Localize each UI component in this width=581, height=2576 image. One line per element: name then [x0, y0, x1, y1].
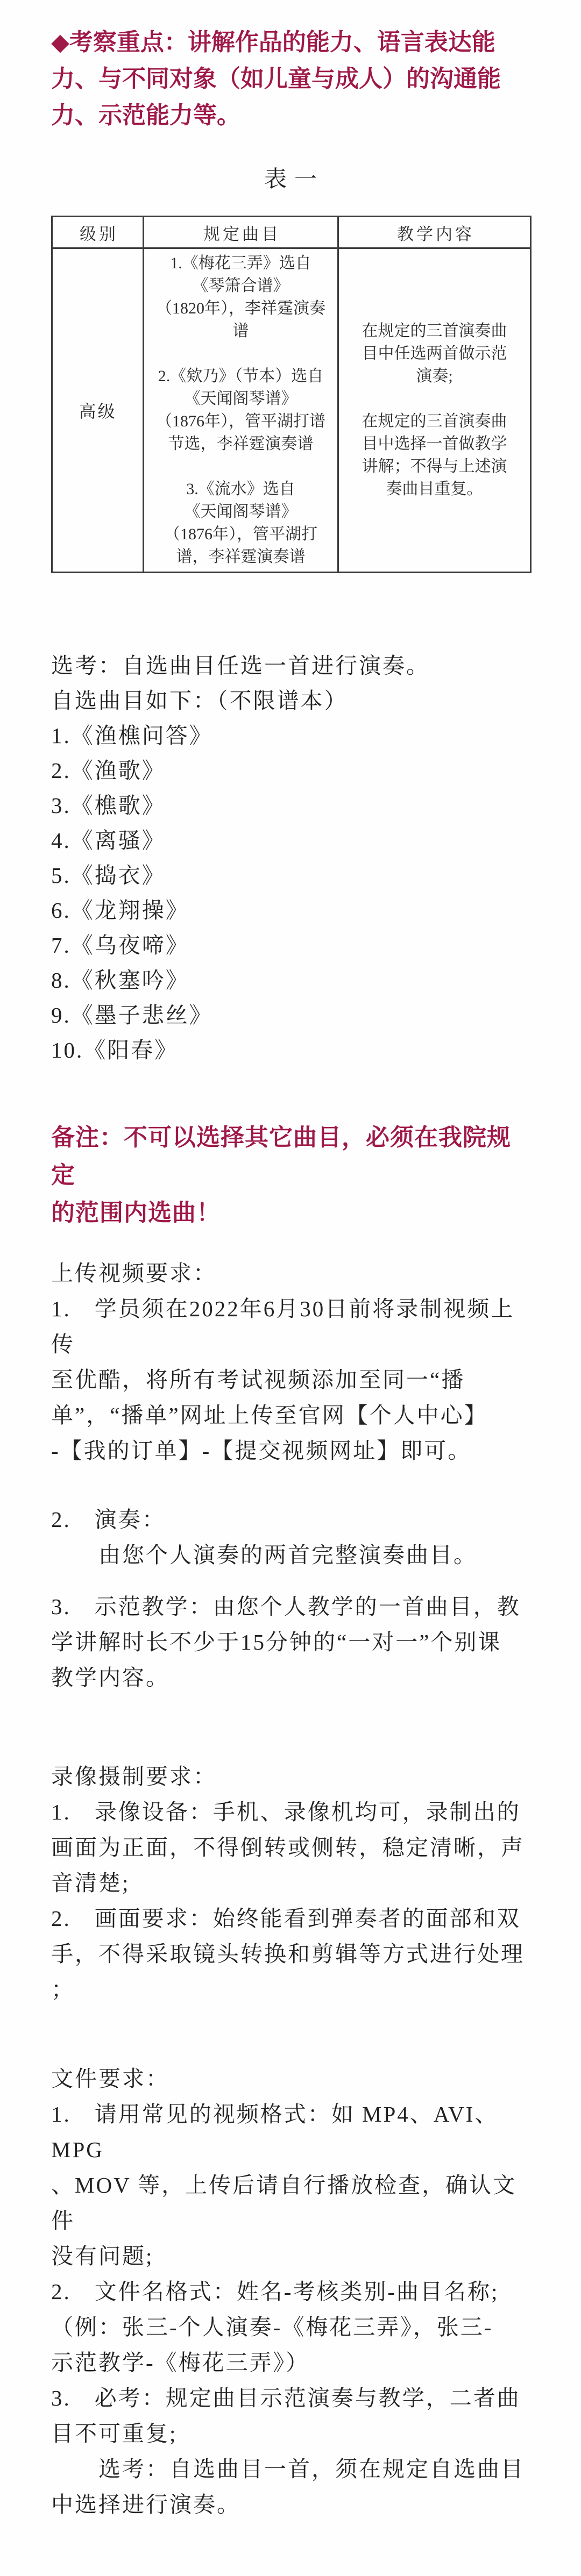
optional-piece-item: 8.《秋塞吟》 [51, 963, 530, 998]
upload-item-3-line: 3. 示范教学：由您个人教学的一首曲目，教 [51, 1589, 530, 1624]
upload-item-1-line: -【我的订单】-【提交视频网址】即可。 [51, 1433, 530, 1468]
optional-piece-item: 6.《龙翔操》 [51, 893, 530, 928]
upload-requirements-section: 上传视频要求： 1. 学员须在2022年6月30日前将录制视频上传至优酷，将所有… [51, 1255, 530, 1695]
level-cell: 高级 [52, 248, 144, 573]
teaching-content-line [339, 388, 530, 410]
teaching-content-line: 目中任选两首做示范 [339, 342, 530, 365]
exam-focus-line: ◆考察重点：讲解作品的能力、语言表达能 [51, 24, 530, 61]
required-piece-line: 《琴箫合谱》 [144, 275, 337, 297]
required-piece-line: 1.《梅花三弄》选自 [144, 252, 337, 275]
file-item-2-line: （例：张三-个人演奏-《梅花三弄》，张三- [51, 2309, 530, 2345]
upload-item-3: 3. 示范教学：由您个人教学的一首曲目，教学讲解时长不少于15分钟的“一对一”个… [51, 1589, 530, 1695]
teaching-content-line: 目中选择一首做教学 [339, 433, 530, 455]
file-item-2-line: 2. 文件名格式：姓名-考核类别-曲目名称; [51, 2274, 530, 2309]
exam-focus-line: 力、示范能力等。 [51, 97, 530, 134]
exam-focus-note: ◆考察重点：讲解作品的能力、语言表达能力、与不同对象（如儿童与成人）的沟通能力、… [51, 24, 530, 134]
file-item-3: 3. 必考：规定曲目示范演奏与教学，二者曲目不可重复; 选考：自选曲目一首，须在… [51, 2380, 530, 2522]
recording-requirements-section: 录像摄制要求： 1. 录像设备：手机、录像机均可，录制出的画面为正面，不得倒转或… [51, 1759, 530, 2007]
required-piece-line: 谱 [144, 320, 337, 342]
col-header-teaching-content: 教学内容 [338, 217, 531, 248]
remark-line: 备注：不可以选择其它曲目，必须在我院规定 [51, 1119, 530, 1194]
file-item-1: 1. 请用常见的视频格式：如 MP4、AVI、MPG、MOV 等，上传后请自行播… [51, 2096, 530, 2274]
upload-item-2: 2. 演奏： 由您个人演奏的两首完整演奏曲目。 [51, 1502, 530, 1573]
upload-item-2-line: 2. 演奏： [51, 1502, 530, 1537]
optional-piece-item: 5.《捣衣》 [51, 858, 530, 893]
teaching-content-line: 在规定的三首演奏曲 [339, 320, 530, 342]
recording-item-2-line: 手，不得采取镜头转换和剪辑等方式进行处理 [51, 1936, 530, 1972]
upload-requirements-title: 上传视频要求： [51, 1255, 530, 1291]
required-pieces-cell: 1.《梅花三弄》选自《琴箫合谱》（1820年），李祥霆演奏谱2.《欸乃》（节本）… [144, 248, 338, 573]
required-piece-line: （1876年），管平湖打谱 [144, 410, 337, 433]
table-title: 表一 [51, 167, 530, 192]
optional-piece-item: 7.《乌夜啼》 [51, 928, 530, 963]
teaching-content-line: 演奏; [339, 365, 530, 388]
optional-exam-intro-line: 自选曲目如下：（不限谱本） [51, 683, 530, 718]
table-header-row: 级别 规定曲目 教学内容 [52, 217, 531, 248]
remark-line: 的范围内选曲！ [51, 1194, 530, 1232]
upload-item-3-line: 教学内容。 [51, 1660, 530, 1695]
file-item-1-line: 1. 请用常见的视频格式：如 MP4、AVI、MPG [51, 2096, 530, 2167]
required-piece-line: 《天闻阁琴谱》 [144, 388, 337, 410]
optional-exam-intro: 选考：自选曲目任选一首进行演奏。自选曲目如下：（不限谱本） [51, 648, 530, 718]
recording-item-1-line: 画面为正面，不得倒转或侧转，稳定清晰，声 [51, 1830, 530, 1865]
recording-item-1-line: 1. 录像设备：手机、录像机均可，录制出的 [51, 1794, 530, 1830]
file-item-1-line: 、MOV 等，上传后请自行播放检查，确认文件 [51, 2167, 530, 2238]
required-piece-line: （1876年），管平湖打 [144, 523, 337, 546]
exam-notice-page: ◆考察重点：讲解作品的能力、语言表达能力、与不同对象（如儿童与成人）的沟通能力、… [0, 0, 581, 2576]
required-piece-line: （1820年），李祥霆演奏 [144, 297, 337, 320]
file-item-3-line: 中选择进行演奏。 [51, 2487, 530, 2522]
file-item-3-line: 目不可重复; [51, 2416, 530, 2451]
upload-item-1-line: 至优酷，将所有考试视频添加至同一“播 [51, 1362, 530, 1397]
required-piece-line: 3.《流水》选自 [144, 478, 337, 501]
upload-item-3-line: 学讲解时长不少于15分钟的“一对一”个别课 [51, 1624, 530, 1660]
upload-item-1-line: 单”，“播单”网址上传至官网【个人中心】 [51, 1397, 530, 1433]
required-pieces-lines: 1.《梅花三弄》选自《琴箫合谱》（1820年），李祥霆演奏谱2.《欸乃》（节本）… [144, 252, 337, 568]
teaching-content-line: 讲解；不得与上述演 [339, 455, 530, 478]
required-piece-line: 《天闻阁琴谱》 [144, 501, 337, 523]
teaching-content-lines: 在规定的三首演奏曲目中任选两首做示范演奏;在规定的三首演奏曲目中选择一首做教学讲… [339, 320, 530, 501]
required-piece-line: 2.《欸乃》（节本）选自 [144, 365, 337, 388]
recording-item-1-line: 音清楚; [51, 1865, 530, 1901]
required-piece-line [144, 342, 337, 365]
recording-requirements-title: 录像摄制要求： [51, 1759, 530, 1794]
file-item-1-line: 没有问题; [51, 2238, 530, 2274]
table-row: 高级 1.《梅花三弄》选自《琴箫合谱》（1820年），李祥霆演奏谱2.《欸乃》（… [52, 248, 531, 573]
recording-item-2-line: ； [51, 1972, 530, 2007]
optional-piece-item: 2.《渔歌》 [51, 753, 530, 788]
optional-piece-list: 1.《渔樵问答》2.《渔歌》3.《樵歌》4.《离骚》5.《捣衣》6.《龙翔操》7… [51, 718, 530, 1068]
recording-item-2-line: 2. 画面要求：始终能看到弹奏者的面部和双 [51, 1901, 530, 1936]
file-item-2: 2. 文件名格式：姓名-考核类别-曲目名称;（例：张三-个人演奏-《梅花三弄》，… [51, 2274, 530, 2380]
remark-note: 备注：不可以选择其它曲目，必须在我院规定的范围内选曲！ [51, 1119, 530, 1232]
file-requirements-section: 文件要求： 1. 请用常见的视频格式：如 MP4、AVI、MPG、MOV 等，上… [51, 2061, 530, 2522]
upload-item-1-line: 1. 学员须在2022年6月30日前将录制视频上传 [51, 1291, 530, 1362]
upload-item-2-line: 由您个人演奏的两首完整演奏曲目。 [51, 1537, 530, 1573]
optional-piece-item: 4.《离骚》 [51, 823, 530, 858]
exam-focus-lines: ◆考察重点：讲解作品的能力、语言表达能力、与不同对象（如儿童与成人）的沟通能力、… [51, 24, 530, 134]
teaching-content-cell: 在规定的三首演奏曲目中任选两首做示范演奏;在规定的三首演奏曲目中选择一首做教学讲… [338, 248, 531, 573]
optional-piece-item: 3.《樵歌》 [51, 788, 530, 823]
optional-piece-item: 9.《墨子悲丝》 [51, 998, 530, 1033]
optional-piece-item: 10.《阳春》 [51, 1033, 530, 1068]
required-piece-line [144, 455, 337, 478]
file-requirements-title: 文件要求： [51, 2061, 530, 2096]
repertoire-table: 级别 规定曲目 教学内容 高级 1.《梅花三弄》选自《琴箫合谱》（1820年），… [51, 216, 532, 573]
col-header-level: 级别 [52, 217, 144, 248]
file-item-2-line: 示范教学-《梅花三弄》） [51, 2345, 530, 2380]
recording-item-1: 1. 录像设备：手机、录像机均可，录制出的画面为正面，不得倒转或侧转，稳定清晰，… [51, 1794, 530, 1901]
optional-exam-section: 选考：自选曲目任选一首进行演奏。自选曲目如下：（不限谱本） 1.《渔樵问答》2.… [51, 648, 530, 1068]
recording-item-2: 2. 画面要求：始终能看到弹奏者的面部和双手，不得采取镜头转换和剪辑等方式进行处… [51, 1901, 530, 2007]
exam-focus-line: 力、与不同对象（如儿童与成人）的沟通能 [51, 61, 530, 97]
file-item-3-line: 选考：自选曲目一首，须在规定自选曲目 [51, 2451, 530, 2487]
optional-exam-intro-line: 选考：自选曲目任选一首进行演奏。 [51, 648, 530, 683]
teaching-content-line: 在规定的三首演奏曲 [339, 410, 530, 433]
file-item-3-line: 3. 必考：规定曲目示范演奏与教学，二者曲 [51, 2380, 530, 2416]
required-piece-line: 谱，李祥霆演奏谱 [144, 546, 337, 568]
optional-piece-item: 1.《渔樵问答》 [51, 718, 530, 753]
col-header-required-pieces: 规定曲目 [144, 217, 338, 248]
teaching-content-line: 奏曲目重复。 [339, 478, 530, 501]
required-piece-line: 节选，李祥霆演奏谱 [144, 433, 337, 455]
upload-item-1: 1. 学员须在2022年6月30日前将录制视频上传至优酷，将所有考试视频添加至同… [51, 1291, 530, 1468]
remark-lines: 备注：不可以选择其它曲目，必须在我院规定的范围内选曲！ [51, 1119, 530, 1232]
